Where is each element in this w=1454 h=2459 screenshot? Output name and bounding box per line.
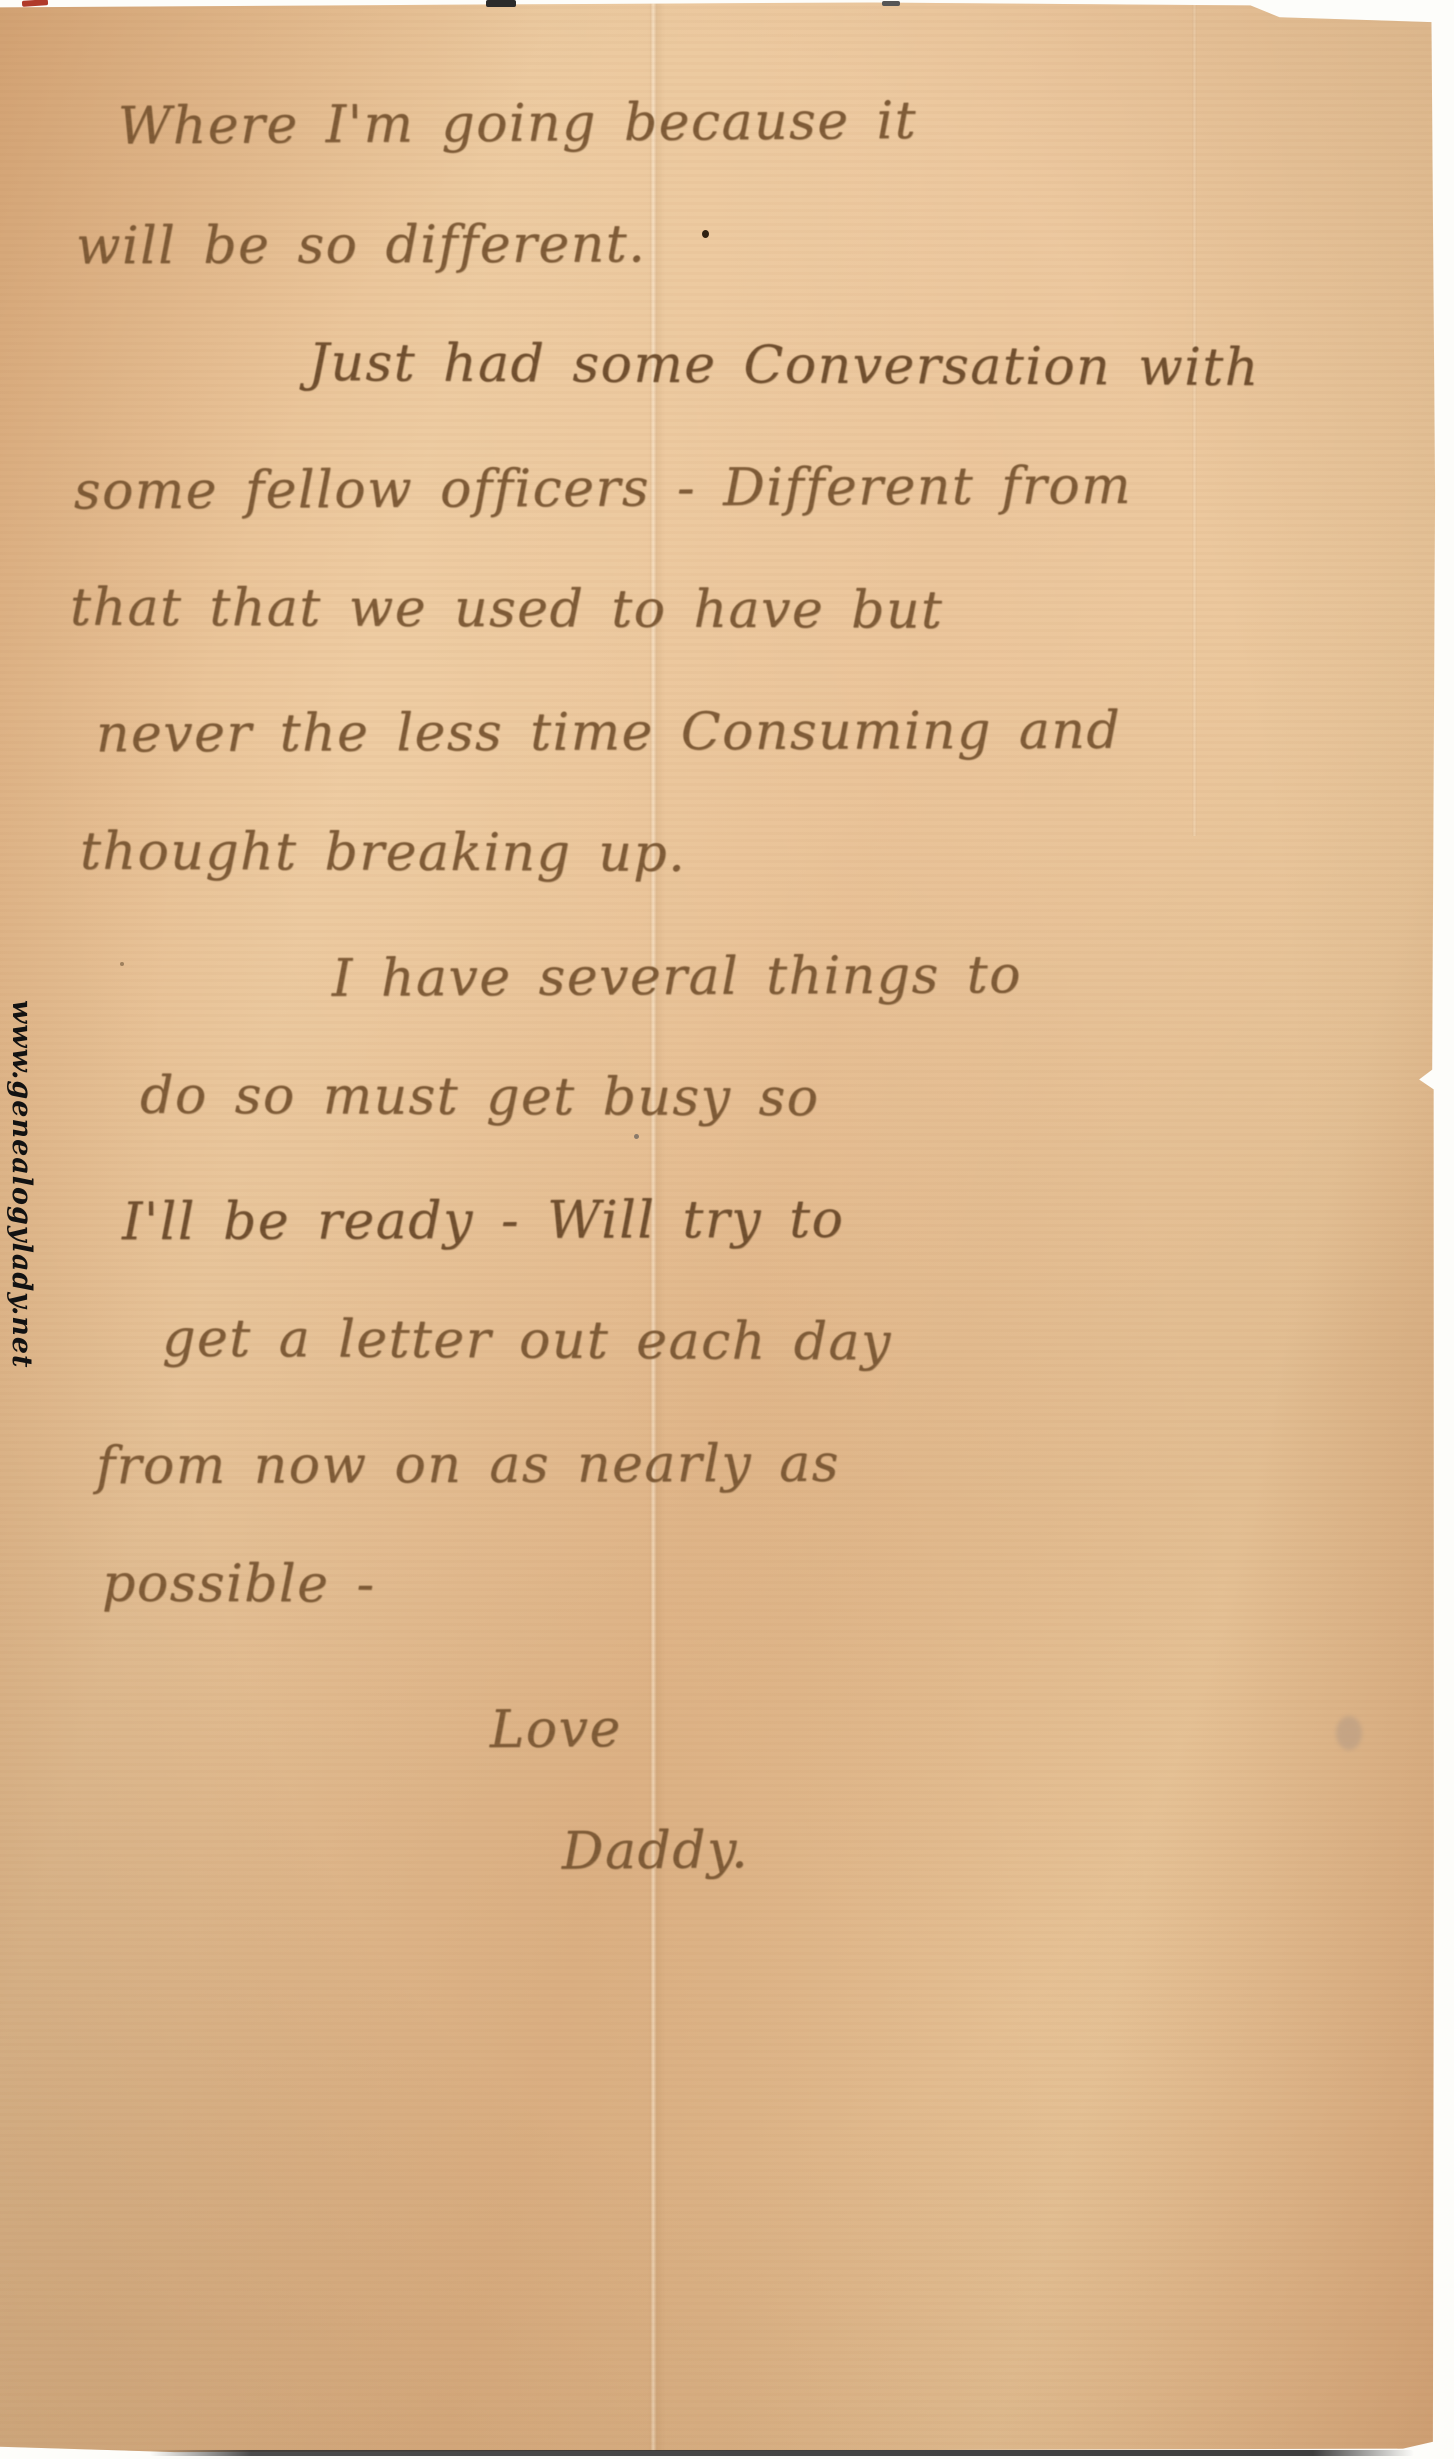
scan-edge-dark-mark <box>882 1 900 6</box>
letter-body: Where I'm going because it will be so di… <box>70 92 1429 1940</box>
handwriting-line-1: Where I'm going because it <box>118 87 1430 218</box>
signature-word: Daddy. <box>561 1814 1429 1944</box>
handwriting-line-9: do so must get busy so <box>140 1066 1429 1192</box>
letter-page: Where I'm going because it will be so di… <box>0 0 1454 2459</box>
handwriting-line-5: that that we used to have but <box>70 578 1429 705</box>
scan-bottom-edge-shadow <box>150 2450 1414 2456</box>
closing-word: Love <box>489 1692 1429 1822</box>
handwriting-line-12: from now on as nearly as <box>96 1432 1429 1559</box>
scan-edge-red-mark <box>22 0 48 7</box>
scan-edge-dark-mark <box>486 0 516 7</box>
letter-scan: Where I'm going because it will be so di… <box>0 0 1454 2459</box>
handwriting-line-6: never the less time Consuming and <box>96 700 1429 827</box>
ink-speck <box>120 962 124 966</box>
watermark-text: www.genealogylady.net <box>6 1000 37 1470</box>
dust-speck <box>634 1134 639 1139</box>
handwriting-line-4: some fellow officers - Different from <box>74 454 1430 583</box>
handwriting-line-11: get a letter out each day <box>162 1309 1430 1438</box>
paper-smudge <box>1336 1716 1362 1750</box>
handwriting-line-8: I have several things to <box>332 943 1430 1071</box>
handwriting-line-2: will be so different. <box>76 212 1429 339</box>
ink-speck <box>702 230 709 238</box>
handwriting-line-13: possible - <box>102 1554 1429 1681</box>
handwriting-line-3: Just had some Conversation with <box>308 333 1430 461</box>
handwriting-line-10: I'll be ready - Will try to <box>122 1188 1429 1315</box>
handwriting-line-7: thought breaking up. <box>80 822 1429 949</box>
